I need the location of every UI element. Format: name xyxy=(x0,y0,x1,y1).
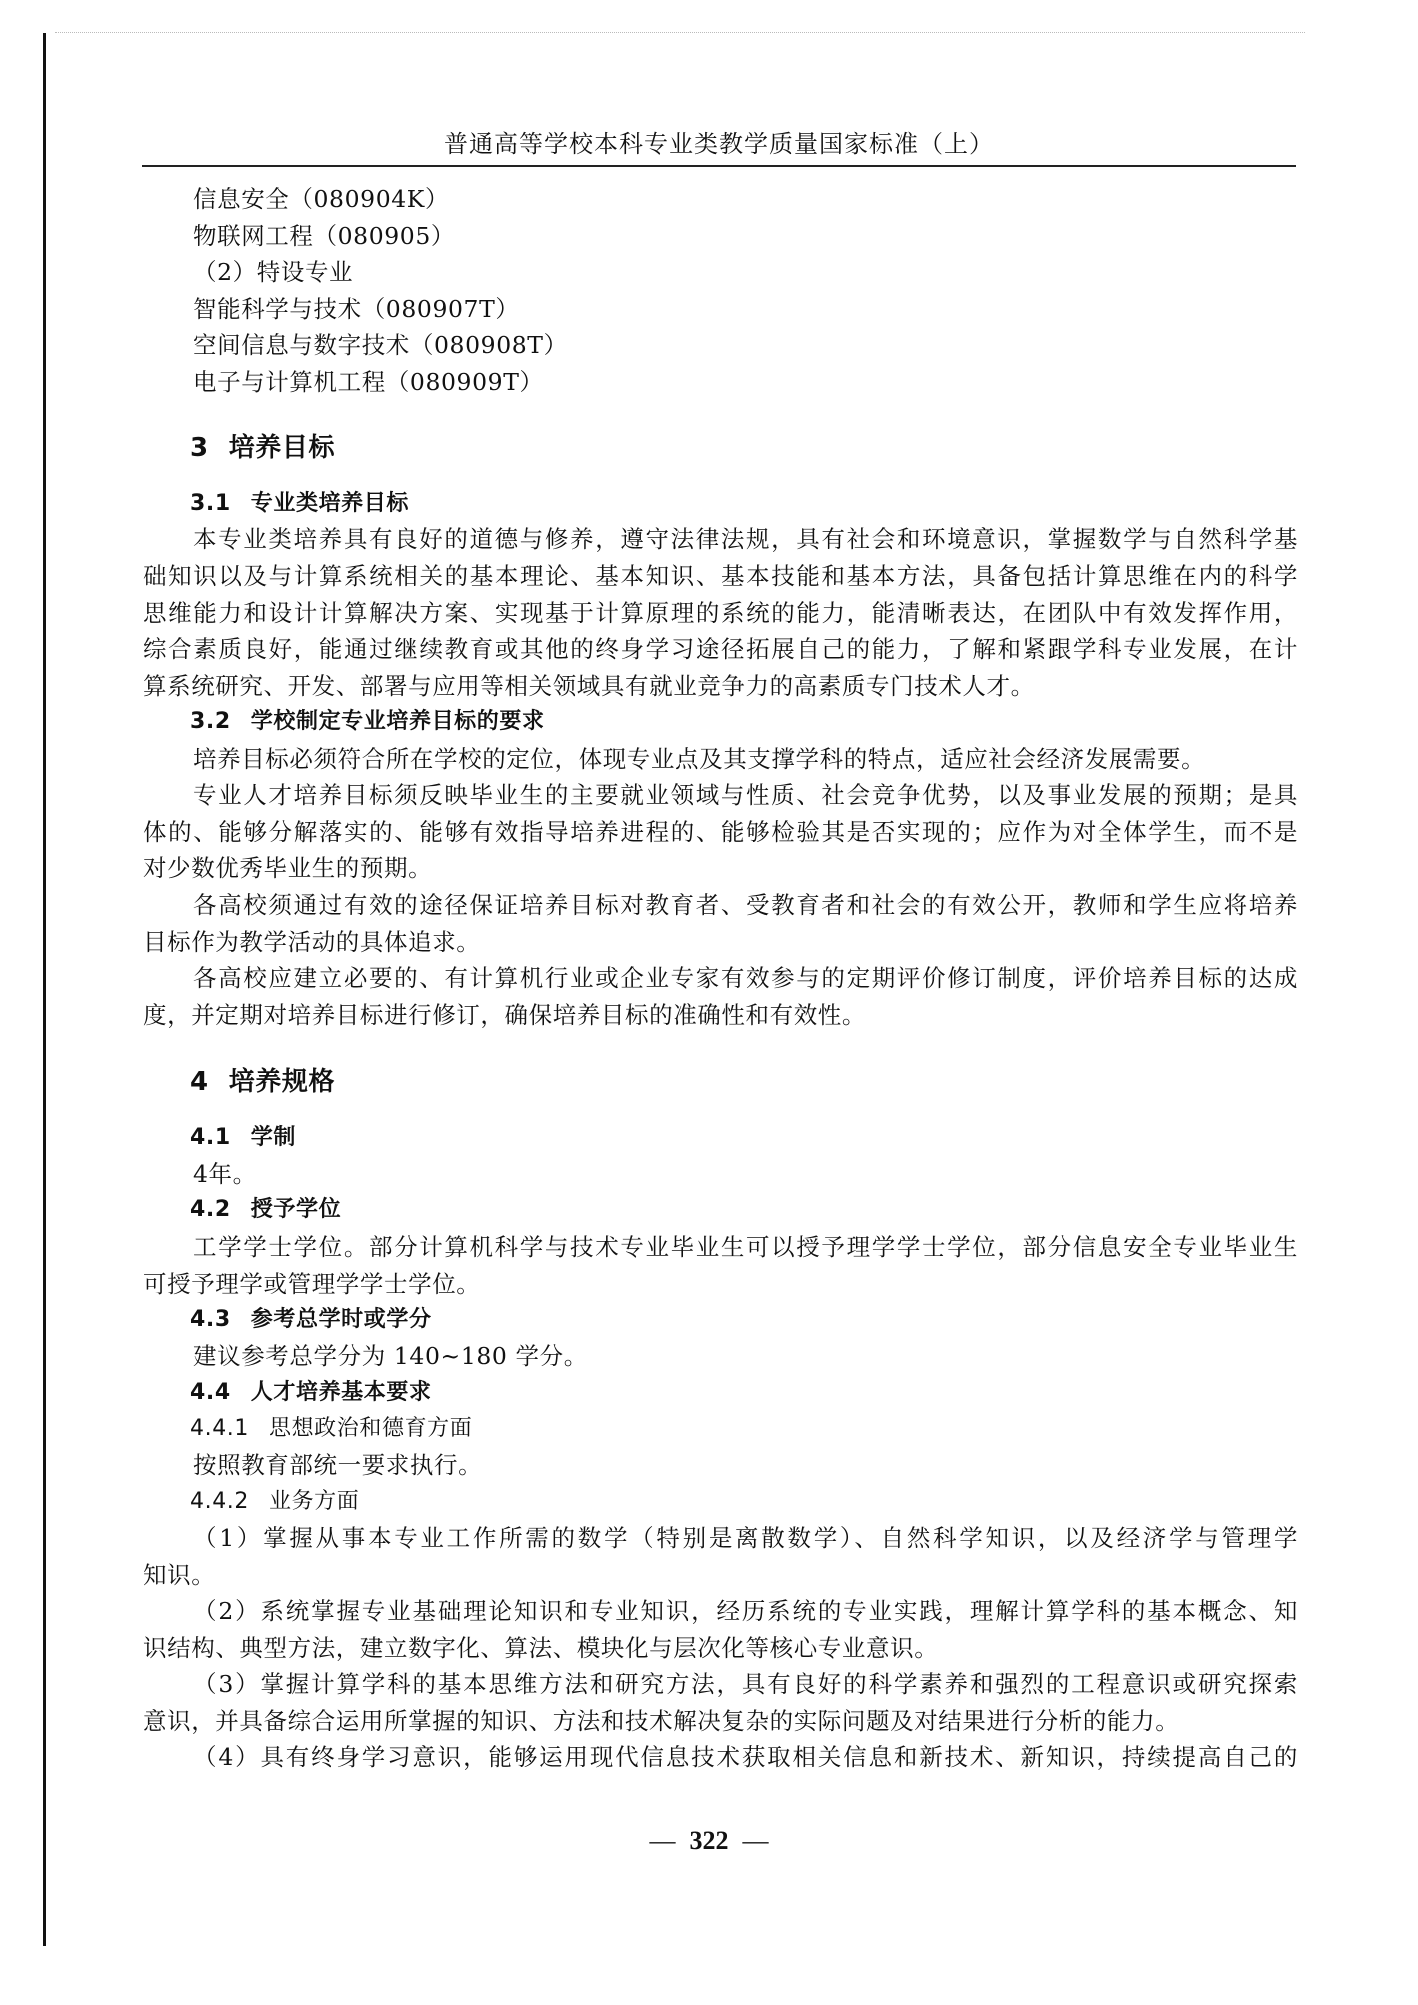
paragraph-line: 可授予理学或管理学学士学位。 xyxy=(143,1269,1298,1299)
paragraph-line: 本专业类培养具有良好的道德与修养，遵守法律法规，具有社会和环境意识，掌握数学与自… xyxy=(193,524,1298,554)
paragraph-line: 算系统研究、开发、部署与应用等相关领域具有就业竞争力的高素质专门技术人才。 xyxy=(143,671,1298,701)
major-item: 电子与计算机工程（080909T） xyxy=(193,367,1298,397)
paragraph-line: 工学学士学位。部分计算机科学与技术专业毕业生可以授予理学学士学位，部分信息安全专… xyxy=(193,1232,1298,1262)
paragraph-line: 体的、能够分解落实的、能够有效指导培养进程的、能够检验其是否实现的；应作为对全体… xyxy=(143,817,1298,847)
paragraph-line: 综合素质良好，能通过继续教育或其他的终身学习途径拓展自己的能力，了解和紧跟学科专… xyxy=(143,634,1298,664)
list-item-line: （2）系统掌握专业基础理论知识和专业知识，经历系统的专业实践，理解计算学科的基本… xyxy=(193,1596,1298,1626)
running-head: 普通高等学校本科专业类教学质量国家标准（上） xyxy=(140,124,1298,159)
list-item-line: （1）掌握从事本专业工作所需的数学（特别是离散数学）、自然科学知识，以及经济学与… xyxy=(193,1523,1298,1553)
paragraph-line: 各高校须通过有效的途径保证培养目标对教育者、受教育者和社会的有效公开，教师和学生… xyxy=(193,890,1298,920)
subsection-heading: 4.1学制 xyxy=(190,1123,1345,1153)
paragraph-line: 按照教育部统一要求执行。 xyxy=(193,1450,1298,1480)
list-item-line: 识结构、典型方法，建立数字化、算法、模块化与层次化等核心专业意识。 xyxy=(143,1633,1298,1663)
page-number: —322— xyxy=(0,1826,1418,1856)
subsubsection-heading: 4.4.2业务方面 xyxy=(190,1487,1345,1517)
subsection-heading: 3.2学校制定专业培养目标的要求 xyxy=(190,707,1345,737)
paragraph-line: 培养目标必须符合所在学校的定位，体现专业点及其支撑学科的特点，适应社会经济发展需… xyxy=(193,744,1298,774)
paragraph-line: 专业人才培养目标须反映毕业生的主要就业领域与性质、社会竞争优势，以及事业发展的预… xyxy=(193,780,1298,810)
subsubsection-heading: 4.4.1思想政治和德育方面 xyxy=(190,1414,1345,1444)
scan-border xyxy=(43,33,46,1946)
subsection-heading: 4.2授予学位 xyxy=(190,1195,1345,1225)
paragraph-line: 度，并定期对培养目标进行修订，确保培养目标的准确性和有效性。 xyxy=(143,1000,1298,1030)
section-heading: 4培养规格 xyxy=(190,1067,1345,1097)
paragraph-line: 对少数优秀毕业生的预期。 xyxy=(143,853,1298,883)
scan-artifact xyxy=(55,32,1305,34)
header-rule xyxy=(142,165,1296,167)
list-item-line: 知识。 xyxy=(143,1560,1298,1590)
major-item: 信息安全（080904K） xyxy=(193,184,1298,214)
paragraph-line: 目标作为教学活动的具体追求。 xyxy=(143,927,1298,957)
subsection-heading: 4.3参考总学时或学分 xyxy=(190,1305,1345,1335)
paragraph-line: 建议参考总学分为 140~180 学分。 xyxy=(193,1341,1298,1371)
paragraph-line: 思维能力和设计计算解决方案、实现基于计算原理的系统的能力，能清晰表达，在团队中有… xyxy=(143,598,1298,628)
list-item-line: （3）掌握计算学科的基本思维方法和研究方法，具有良好的科学素养和强烈的工程意识或… xyxy=(193,1669,1298,1699)
paragraph-line: 础知识以及与计算系统相关的基本理论、基本知识、基本技能和基本方法，具备包括计算思… xyxy=(143,561,1298,591)
paragraph-line: 各高校应建立必要的、有计算机行业或企业专家有效参与的定期评价修订制度，评价培养目… xyxy=(193,963,1298,993)
subsection-heading: 3.1专业类培养目标 xyxy=(190,489,1345,519)
section-heading: 3培养目标 xyxy=(190,433,1345,463)
subsection-heading: 4.4人才培养基本要求 xyxy=(190,1378,1345,1408)
major-category: （2）特设专业 xyxy=(193,257,1298,287)
major-item: 空间信息与数字技术（080908T） xyxy=(193,330,1298,360)
paragraph-line: 4年。 xyxy=(193,1159,1298,1189)
list-item-line: （4）具有终身学习意识，能够运用现代信息技术获取相关信息和新技术、新知识，持续提… xyxy=(193,1742,1298,1772)
major-item: 智能科学与技术（080907T） xyxy=(193,294,1298,324)
list-item-line: 意识，并具备综合运用所掌握的知识、方法和技术解决复杂的实际问题及对结果进行分析的… xyxy=(143,1706,1298,1736)
major-item: 物联网工程（080905） xyxy=(193,221,1298,251)
